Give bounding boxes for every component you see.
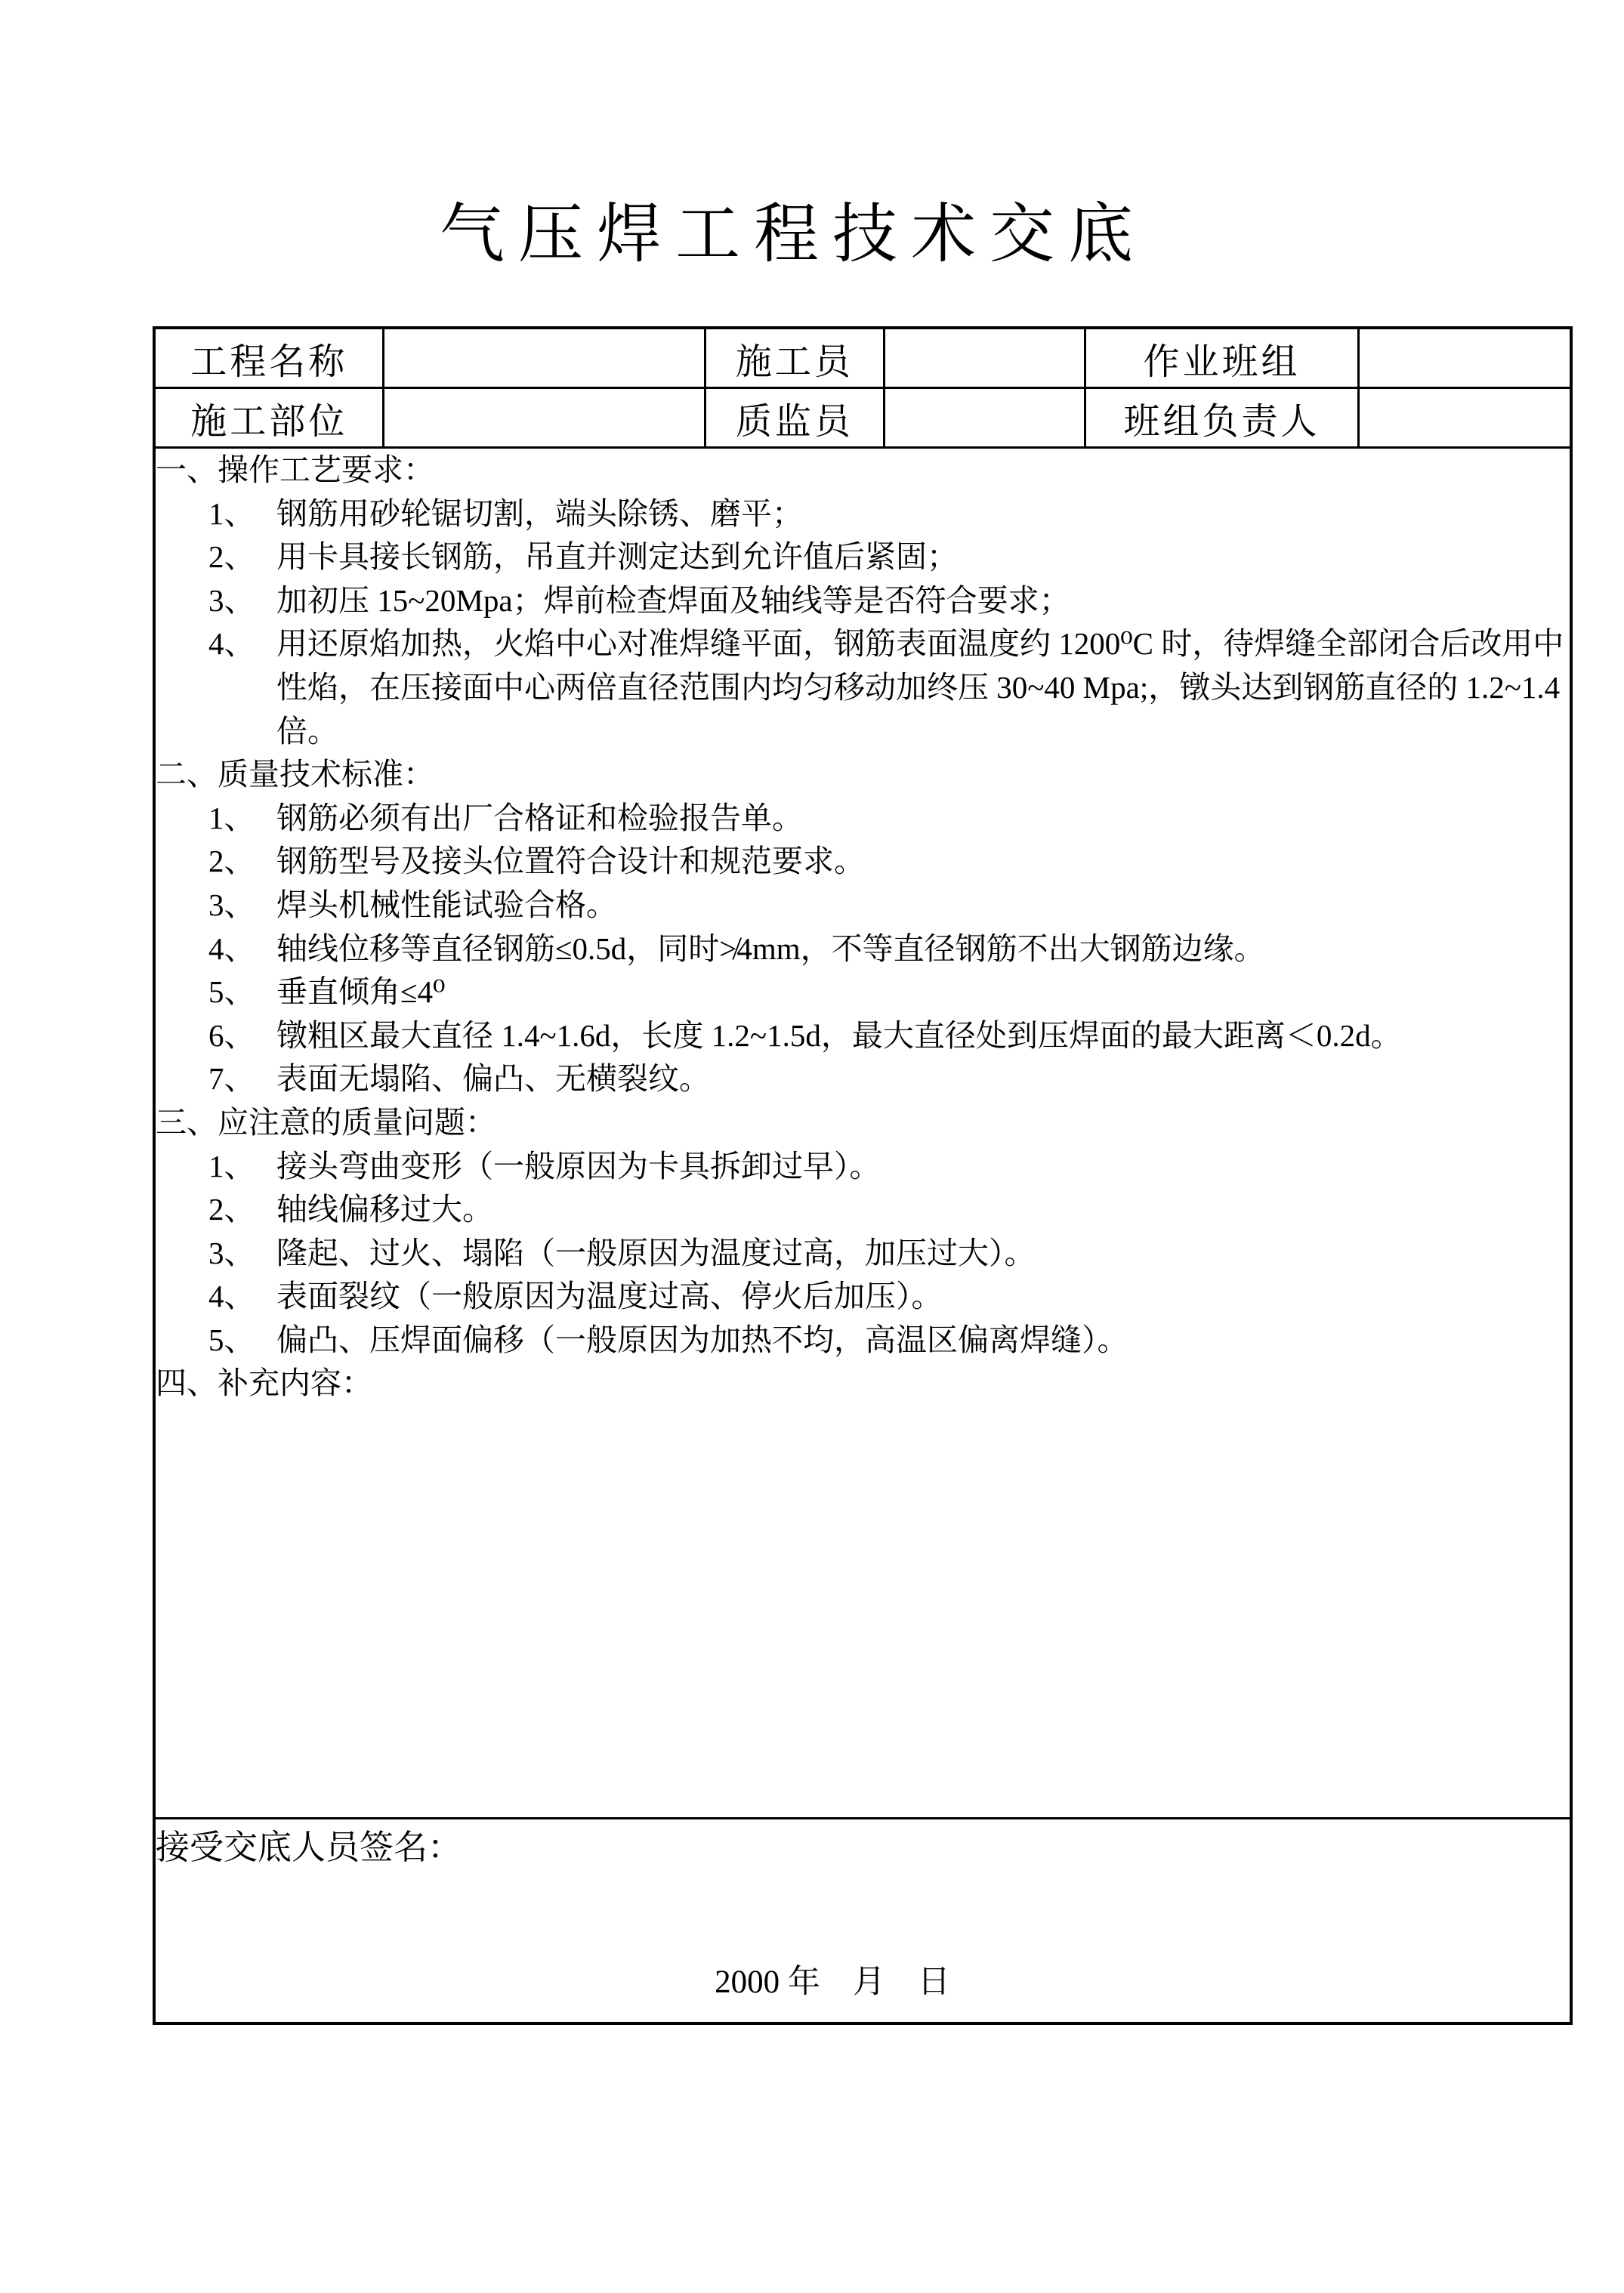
item-number: 4、 [208, 927, 276, 971]
document-page: 气压焊工程技术交底 工程名称 施工员 作业班组 施工部位 质监员 班组负责人 [0, 0, 1624, 2293]
item-number: 1、 [208, 1145, 276, 1189]
item-number: 5、 [208, 1319, 276, 1363]
item-text: 钢筋必须有出厂合格证和检验报告单。 [276, 801, 803, 835]
project-name-value[interactable] [384, 328, 705, 388]
list-item: 2、钢筋型号及接头位置符合设计和规范要求。 [156, 840, 1570, 884]
list-item: 1、钢筋必须有出厂合格证和检验报告单。 [156, 797, 1570, 841]
item-number: 2、 [208, 840, 276, 884]
signature-cell[interactable]: 接受交底人员签名： 2000 年 月 日 [154, 1819, 1571, 2024]
constructor-label: 施工员 [705, 328, 884, 388]
section-2-heading: 二、质量技术标准： [156, 753, 1570, 797]
item-text: 钢筋用砂轮锯切割，端头除锈、磨平； [276, 496, 803, 531]
item-number: 7、 [208, 1057, 276, 1101]
construction-part-value[interactable] [384, 388, 705, 448]
list-item: 4、用还原焰加热，火焰中心对准焊缝平面，钢筋表面温度约 1200⁰C 时，待焊缝… [156, 622, 1570, 753]
list-item: 4、表面裂纹（一般原因为温度过高、停火后加压）。 [156, 1275, 1570, 1319]
work-team-value[interactable] [1359, 328, 1571, 388]
signature-label: 接受交底人员签名： [156, 1819, 1570, 1869]
list-item: 3、焊头机械性能试验合格。 [156, 884, 1570, 927]
body-cell: 一、操作工艺要求： 1、钢筋用砂轮锯切割，端头除锈、磨平； 2、用卡具接长钢筋，… [154, 448, 1571, 1819]
project-name-label: 工程名称 [154, 328, 384, 388]
list-item: 1、接头弯曲变形（一般原因为卡具拆卸过早）。 [156, 1145, 1570, 1189]
table-row: 接受交底人员签名： 2000 年 月 日 [154, 1819, 1571, 2024]
item-number: 4、 [208, 622, 276, 666]
list-item: 2、用卡具接长钢筋，吊直并测定达到允许值后紧固； [156, 535, 1570, 579]
item-text: 加初压 15~20Mpa；焊前检查焊面及轴线等是否符合要求； [276, 583, 1070, 618]
item-text: 垂直倾角≤4⁰ [276, 974, 445, 1009]
item-number: 6、 [208, 1014, 276, 1058]
item-number: 2、 [208, 535, 276, 579]
table-row: 施工部位 质监员 班组负责人 [154, 388, 1571, 448]
page-title: 气压焊工程技术交底 [151, 181, 1435, 275]
item-number: 1、 [208, 492, 276, 536]
section-1-heading: 一、操作工艺要求： [156, 449, 1570, 492]
item-number: 1、 [208, 797, 276, 841]
item-number: 4、 [208, 1275, 276, 1319]
quality-inspector-value[interactable] [884, 388, 1085, 448]
item-text: 表面裂纹（一般原因为温度过高、停火后加压）。 [276, 1279, 943, 1313]
item-text: 接头弯曲变形（一般原因为卡具拆卸过早）。 [276, 1149, 881, 1184]
list-item: 2、轴线偏移过大。 [156, 1188, 1570, 1232]
item-text: 镦粗区最大直径 1.4~1.6d，长度 1.2~1.5d，最大直径处到压焊面的最… [276, 1018, 1402, 1053]
item-text: 表面无塌陷、偏凸、无横裂纹。 [276, 1061, 710, 1096]
item-number: 3、 [208, 579, 276, 623]
quality-inspector-label: 质监员 [705, 388, 884, 448]
section-3-heading: 三、应注意的质量问题： [156, 1101, 1570, 1145]
item-text: 偏凸、压焊面偏移（一般原因为加热不均，高温区偏离焊缝）。 [276, 1322, 1128, 1357]
item-text: 焊头机械性能试验合格。 [276, 887, 617, 922]
item-text: 轴线偏移过大。 [276, 1192, 493, 1227]
list-item: 3、隆起、过火、塌陷（一般原因为温度过高，加压过大）。 [156, 1232, 1570, 1276]
work-team-label: 作业班组 [1085, 328, 1359, 388]
list-item: 3、加初压 15~20Mpa；焊前检查焊面及轴线等是否符合要求； [156, 579, 1570, 623]
team-leader-label: 班组负责人 [1085, 388, 1359, 448]
list-item: 7、表面无塌陷、偏凸、无横裂纹。 [156, 1057, 1570, 1101]
item-number: 3、 [208, 1232, 276, 1276]
item-number: 2、 [208, 1188, 276, 1232]
disclosure-table: 工程名称 施工员 作业班组 施工部位 质监员 班组负责人 一、操作工艺要求： 1… [153, 326, 1573, 2025]
table-row: 一、操作工艺要求： 1、钢筋用砂轮锯切割，端头除锈、磨平； 2、用卡具接长钢筋，… [154, 448, 1571, 1819]
list-item: 1、钢筋用砂轮锯切割，端头除锈、磨平； [156, 492, 1570, 536]
list-item: 4、轴线位移等直径钢筋≤0.5d，同时≯4mm，不等直径钢筋不出大钢筋边缘。 [156, 927, 1570, 971]
item-number: 5、 [208, 971, 276, 1014]
construction-part-label: 施工部位 [154, 388, 384, 448]
item-text: 钢筋型号及接头位置符合设计和规范要求。 [276, 844, 865, 878]
list-item: 5、偏凸、压焊面偏移（一般原因为加热不均，高温区偏离焊缝）。 [156, 1319, 1570, 1363]
item-text: 隆起、过火、塌陷（一般原因为温度过高，加压过大）。 [276, 1236, 1036, 1270]
item-text: 用卡具接长钢筋，吊直并测定达到允许值后紧固； [276, 539, 958, 574]
table-row: 工程名称 施工员 作业班组 [154, 328, 1571, 388]
list-item: 6、镦粗区最大直径 1.4~1.6d，长度 1.2~1.5d，最大直径处到压焊面… [156, 1014, 1570, 1058]
constructor-value[interactable] [884, 328, 1085, 388]
item-text: 用还原焰加热，火焰中心对准焊缝平面，钢筋表面温度约 1200⁰C 时，待焊缝全部… [276, 626, 1564, 748]
item-text: 轴线位移等直径钢筋≤0.5d，同时≯4mm，不等直径钢筋不出大钢筋边缘。 [276, 931, 1265, 966]
team-leader-value[interactable] [1359, 388, 1571, 448]
list-item: 5、垂直倾角≤4⁰ [156, 971, 1570, 1014]
item-number: 3、 [208, 884, 276, 927]
section-4-heading: 四、补充内容： [156, 1362, 1570, 1406]
date-line: 2000 年 月 日 [156, 1956, 1570, 2002]
